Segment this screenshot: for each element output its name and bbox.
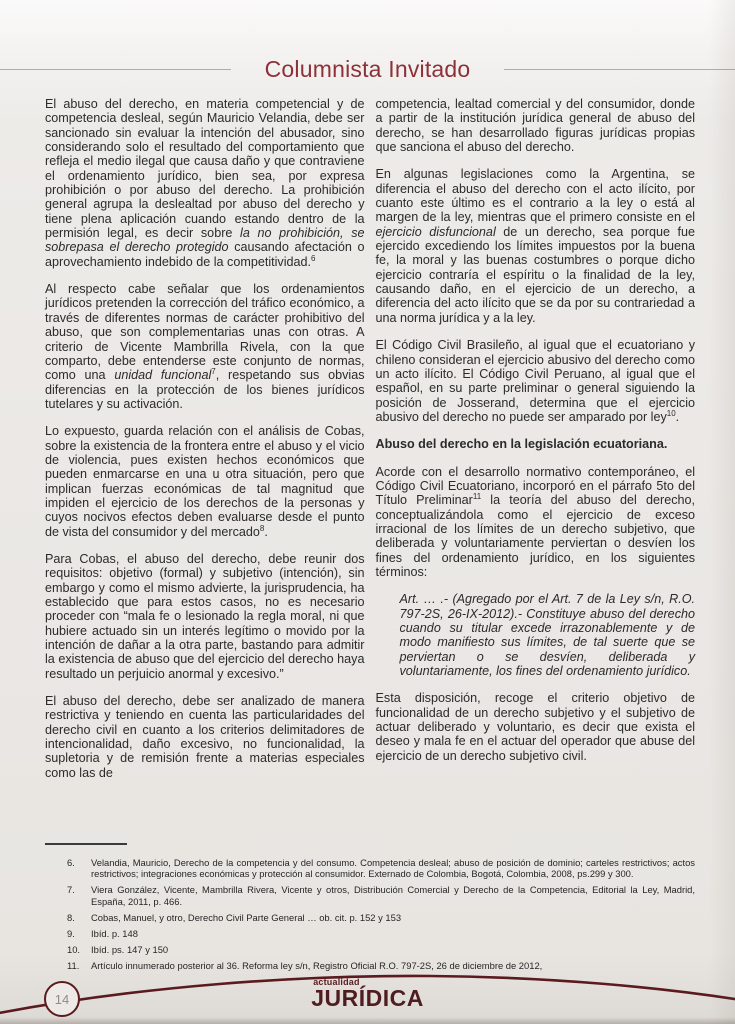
text-run: Art. … .- (Agregado por el Art. 7 de la …: [400, 592, 696, 678]
footnote-reference: 6: [311, 254, 315, 263]
paragraph: Lo expuesto, guarda relación con el anál…: [45, 424, 365, 539]
footnote-separator-rule: [45, 843, 127, 845]
right-column: competencia, lealtad comercial y del con…: [376, 97, 696, 793]
text-run: .: [264, 525, 268, 539]
text-run: Lo expuesto, guarda relación con el anál…: [45, 424, 365, 538]
footnote-item: 7.Viera González, Vicente, Mambrilla Riv…: [67, 884, 695, 906]
footnote-text: Viera González, Vicente, Mambrilla River…: [91, 884, 695, 906]
text-run: de un derecho, sea porque fue ejercido e…: [376, 225, 696, 325]
paragraph: El Código Civil Brasileño, al igual que …: [376, 338, 696, 424]
text-run: El abuso del derecho, debe ser analizado…: [45, 694, 365, 780]
footnote-reference: 10: [667, 409, 676, 418]
footnote-reference: 11: [473, 492, 481, 501]
text-run: unidad funcional: [114, 368, 211, 382]
footnote-text: Cobas, Manuel, y otro, Derecho Civil Par…: [91, 912, 695, 923]
footnote-number: 6.: [67, 857, 91, 879]
page-title: Columnista Invitado: [265, 56, 471, 83]
paragraph: Para Cobas, el abuso del derecho, debe r…: [45, 552, 365, 681]
footnote-number: 10.: [67, 944, 91, 955]
text-run: ejercicio disfuncional: [376, 225, 496, 239]
footnote-list: 6.Velandia, Mauricio, Derecho de la comp…: [45, 857, 695, 972]
header-rule-right: [504, 69, 735, 70]
footnote-item: 10.Ibíd. ps. 147 y 150: [67, 944, 695, 955]
text-run: Esta disposición, recoge el criterio obj…: [376, 691, 696, 762]
paragraph: El abuso del derecho, en materia compete…: [45, 97, 365, 269]
footnotes-section: 6.Velandia, Mauricio, Derecho de la comp…: [45, 843, 695, 977]
footnote-item: 6.Velandia, Mauricio, Derecho de la comp…: [67, 857, 695, 879]
section-heading: Abuso del derecho en la legislación ecua…: [376, 437, 696, 451]
footnote-number: 9.: [67, 928, 91, 939]
block-quote: Art. … .- (Agregado por el Art. 7 de la …: [400, 592, 696, 678]
footnote-text: Velandia, Mauricio, Derecho de la compet…: [91, 857, 695, 879]
footnote-item: 8.Cobas, Manuel, y otro, Derecho Civil P…: [67, 912, 695, 923]
article-body: El abuso del derecho, en materia compete…: [45, 97, 695, 793]
brand-word-juridica: JURÍDICA: [311, 985, 424, 1011]
magazine-page: Columnista Invitado El abuso del derecho…: [0, 0, 735, 1024]
text-run: competencia, lealtad comercial y del con…: [376, 97, 696, 154]
footnote-number: 8.: [67, 912, 91, 923]
text-run: Para Cobas, el abuso del derecho, debe r…: [45, 552, 365, 681]
footnote-text: Ibíd. ps. 147 y 150: [91, 944, 695, 955]
text-run: .: [676, 410, 680, 424]
brand-logo-inner: actualidad JURÍDICA: [311, 977, 424, 1012]
text-run: Abuso del derecho en la legislación ecua…: [376, 437, 668, 451]
left-column: El abuso del derecho, en materia compete…: [45, 97, 365, 793]
text-run: El abuso del derecho, en materia compete…: [45, 97, 365, 240]
paragraph: El abuso del derecho, debe ser analizado…: [45, 694, 365, 780]
footnote-item: 9.Ibíd. p. 148: [67, 928, 695, 939]
paragraph: En algunas legislaciones como la Argenti…: [376, 167, 696, 325]
paragraph: Al respecto cabe señalar que los ordenam…: [45, 282, 365, 411]
text-run: En algunas legislaciones como la Argenti…: [376, 167, 696, 224]
footnote-number: 7.: [67, 884, 91, 906]
paragraph: Acorde con el desarrollo normativo conte…: [376, 465, 696, 580]
header-rule-left: [0, 69, 231, 70]
paragraph: competencia, lealtad comercial y del con…: [376, 97, 696, 154]
paragraph: Esta disposición, recoge el criterio obj…: [376, 691, 696, 763]
page-header: Columnista Invitado: [0, 56, 735, 83]
footnote-text: Ibíd. p. 148: [91, 928, 695, 939]
text-run: El Código Civil Brasileño, al igual que …: [376, 338, 696, 424]
brand-logo: actualidad JURÍDICA: [0, 977, 735, 1012]
